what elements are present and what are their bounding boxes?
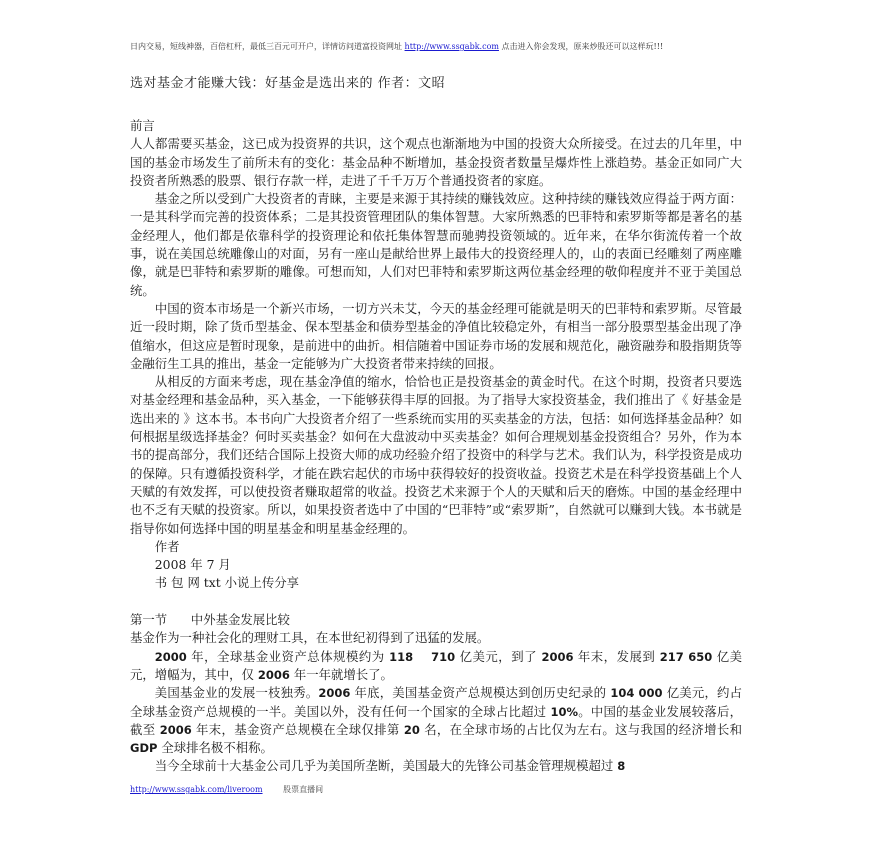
document-page: 日内交易，短线神器，百倍杠杆，最低三百元可开户，详情访问道富投资网址 http:…	[0, 0, 870, 842]
text: 美国基金业的发展一枝独秀。	[155, 685, 319, 700]
text: 全球排名极不相称。	[157, 740, 272, 755]
signature-date: 2008 年 7 月	[130, 556, 742, 574]
section-heading: 第一节 中外基金发展比较	[130, 611, 742, 629]
num: 2006	[541, 650, 573, 664]
page-footer: http://www.ssgabk.com/liveroom 股票直播间	[130, 784, 323, 795]
text: 年一年就增长了。	[290, 667, 393, 682]
section-paragraph-3: 当今全球前十大基金公司几乎为美国所垄断，美国最大的先锋公司基金管理规模超过 8	[130, 757, 742, 775]
num: 2006	[258, 668, 290, 682]
ad-text-before: 日内交易，短线神器，百倍杠杆，最低三百元可开户，详情访问道富投资网址	[130, 42, 402, 51]
paragraph: 基金之所以受到广大投资者的青睐，主要是来源于其持续的赚钱效应。这种持续的赚钱效应…	[130, 190, 742, 300]
num: 20	[404, 723, 420, 737]
ad-text-after: 点击进入你会发现，原来炒股还可以这样玩!!!	[502, 42, 664, 51]
num: 104 000	[610, 686, 662, 700]
text: 亿美元，到了	[455, 649, 541, 664]
preface-heading: 前言	[130, 117, 742, 135]
num: 217 650	[660, 650, 713, 664]
document-title: 选对基金才能赚大钱：好基金是选出来的 作者：文昭	[130, 72, 445, 91]
section-intro: 基金作为一种社会化的理财工具，在本世纪初得到了迅猛的发展。	[130, 629, 742, 647]
text: 年底，美国基金资产总规模达到创历史纪录的	[350, 685, 610, 700]
section-paragraph-1: 2000 年，全球基金业资产总体规模约为 118 710 亿美元，到了 2006…	[130, 648, 742, 685]
num: 10%	[550, 705, 578, 719]
header-ad: 日内交易，短线神器，百倍杠杆，最低三百元可开户，详情访问道富投资网址 http:…	[130, 41, 740, 52]
paragraph: 从相反的方面来考虑，现在基金净值的缩水，恰恰也正是投资基金的黄金时代。在这个时期…	[130, 373, 742, 538]
signature-author: 作者	[130, 538, 742, 556]
paragraph: 中国的资本市场是一个新兴市场，一切方兴未艾，今天的基金经理可能就是明天的巴菲特和…	[130, 300, 742, 373]
ad-link[interactable]: http://www.ssgabk.com	[405, 42, 499, 51]
num: 2006	[160, 723, 192, 737]
footer-label: 股票直播间	[283, 785, 323, 794]
footer-link[interactable]: http://www.ssgabk.com/liveroom	[130, 785, 263, 794]
document-body: 前言 人人都需要买基金，这已成为投资界的共识，这个观点也渐渐地为中国的投资大众所…	[130, 117, 742, 776]
num: 8	[617, 759, 625, 773]
paragraph: 人人都需要买基金，这已成为投资界的共识，这个观点也渐渐地为中国的投资大众所接受。…	[130, 135, 742, 190]
num: 118 710	[389, 650, 455, 664]
text: 年末，基金资产总规模在全球仅排第	[192, 722, 404, 737]
num: 2006	[318, 686, 350, 700]
spacer	[130, 593, 742, 611]
text: 年末，发展到	[573, 649, 659, 664]
text: 年，全球基金业资产总体规模约为	[187, 649, 389, 664]
upload-note: 书 包 网 txt 小说上传分享	[130, 574, 742, 592]
num: GDP	[130, 741, 157, 755]
text: 当今全球前十大基金公司几乎为美国所垄断，美国最大的先锋公司基金管理规模超过	[155, 758, 617, 773]
section-paragraph-2: 美国基金业的发展一枝独秀。2006 年底，美国基金资产总规模达到创历史纪录的 1…	[130, 684, 742, 757]
text: 名，在全球市场的占比仅为左右。这与我国的经济增长和	[420, 722, 742, 737]
num: 2000	[155, 650, 187, 664]
